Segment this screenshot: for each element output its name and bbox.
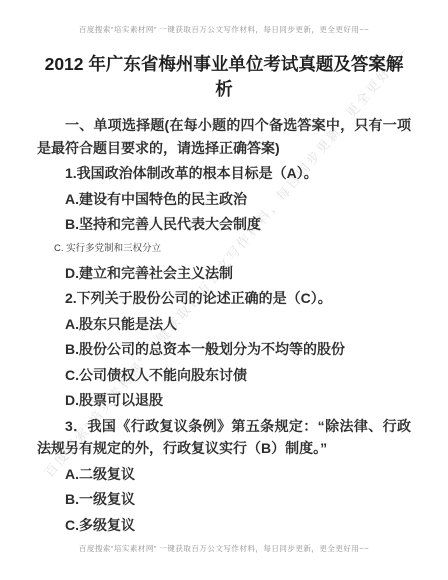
question-2-option-c: C.公司债权人不能向股东讨债: [37, 364, 411, 387]
question-3-option-b: B.一级复议: [37, 488, 411, 511]
footer-promo-text: 百度搜索“培实素材网” 一键获取百万公文写作材料，每日同步更新，更全更好用~~: [0, 543, 448, 554]
question-2-option-a: A.股东只能是法人: [37, 313, 411, 336]
section-intro-paragraph: 一、单项选择题(在每小题的四个备选答案中，只有一项是最符合题目要求的，请选择正确…: [37, 114, 411, 159]
question-1-option-b: B.坚持和完善人民代表大会制度: [37, 213, 411, 236]
question-3-option-c: C.多级复议: [37, 514, 411, 537]
question-1-option-d: D.建立和完善社会主义法制: [37, 262, 411, 285]
question-2-option-b: B.股份公司的总资本一般划分为不均等的股份: [37, 338, 411, 361]
header-promo-text: 百度搜索“培实素材网” 一键获取百万公文写作材料，每日同步更新，更全更好用~~: [0, 24, 448, 35]
question-2-stem: 2.下列关于股份公司的论述正确的是（C）。: [37, 287, 411, 310]
question-2-option-d: D.股票可以退股: [37, 389, 411, 412]
question-1-option-a: A.建设有中国特色的民主政治: [37, 188, 411, 211]
question-3-option-a: A.二级复议: [37, 463, 411, 486]
question-1-stem: 1.我国政治体制改革的根本目标是（A）。: [37, 162, 411, 185]
question-1-option-c: C. 实行多党制和三权分立: [37, 239, 411, 259]
document-page: 百度搜索“培实素材网” 一键获取百万公文写作材料，每日同步更新，更全更好用~~ …: [0, 0, 448, 580]
question-3-stem: 3．我国《行政复议条例》第五条规定：“除法律、行政法规另有规定的外，行政复议实行…: [37, 415, 411, 460]
document-title: 2012 年广东省梅州事业单位考试真题及答案解析: [37, 52, 411, 102]
document-body: 2012 年广东省梅州事业单位考试真题及答案解析 一、单项选择题(在每小题的四个…: [37, 52, 411, 539]
